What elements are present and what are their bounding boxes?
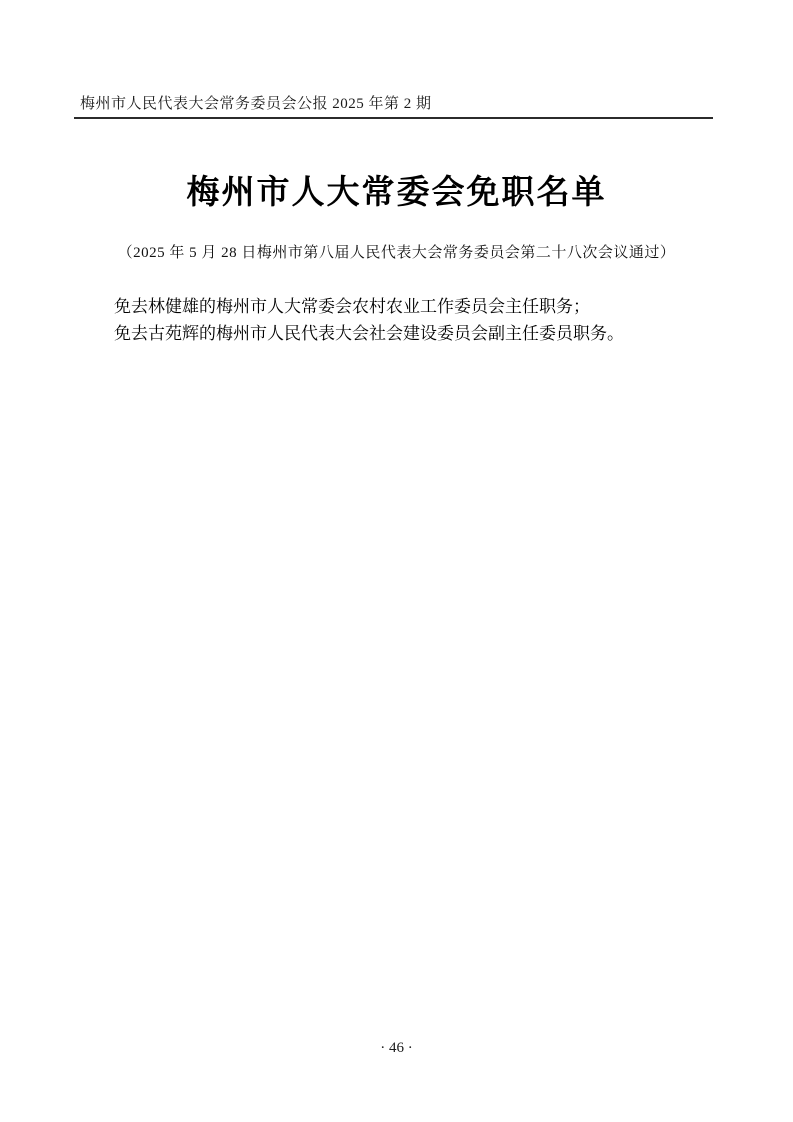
- body-paragraph-1: 免去林健雄的梅州市人大常委会农村农业工作委员会主任职务；: [80, 293, 721, 320]
- document-body: 免去林健雄的梅州市人大常委会农村农业工作委员会主任职务； 免去古苑辉的梅州市人民…: [80, 293, 721, 347]
- document-subtitle: （2025 年 5 月 28 日梅州市第八届人民代表大会常务委员会第二十八次会议…: [0, 241, 793, 262]
- journal-title: 梅州市人民代表大会常务委员会公报 2025 年第 2 期: [80, 96, 432, 112]
- running-header: 梅州市人民代表大会常务委员会公报 2025 年第 2 期: [80, 92, 721, 113]
- document-page: 梅州市人民代表大会常务委员会公报 2025 年第 2 期 梅州市人大常委会免职名…: [0, 0, 793, 1122]
- document-title: 梅州市人大常委会免职名单: [0, 166, 793, 213]
- page-footer: · 46 ·: [0, 1040, 793, 1057]
- page-number: · 46 ·: [380, 1040, 413, 1056]
- header-rule: [74, 117, 713, 119]
- body-paragraph-2: 免去古苑辉的梅州市人民代表大会社会建设委员会副主任委员职务。: [80, 320, 721, 347]
